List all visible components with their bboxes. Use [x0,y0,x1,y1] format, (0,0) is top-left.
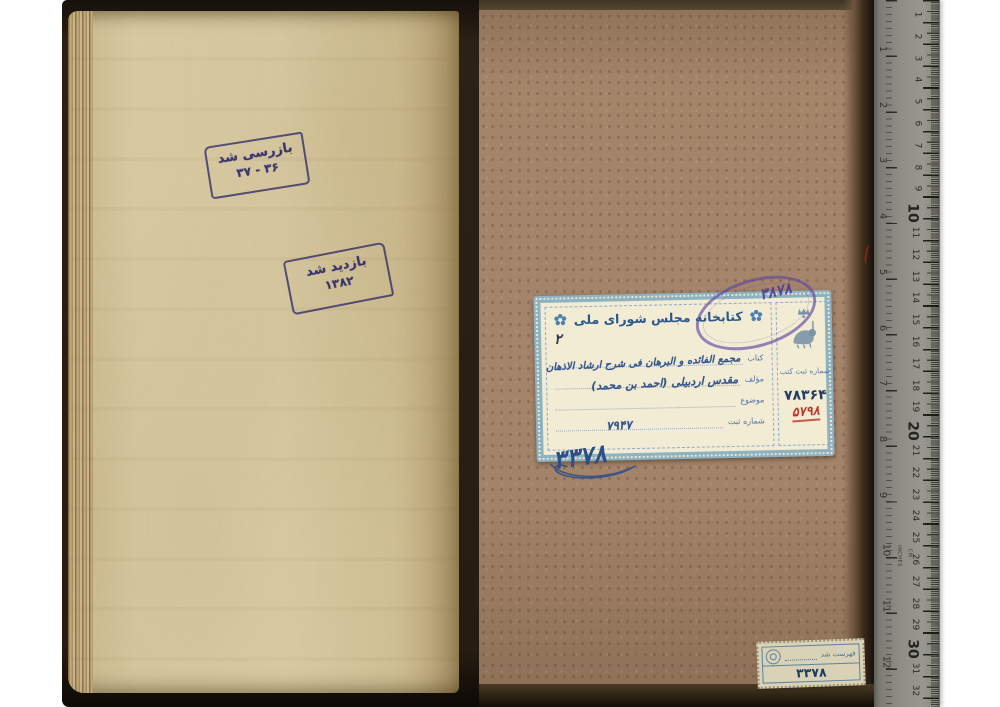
pen-flourish [545,458,641,484]
field-label-subject: موضوع [740,395,764,407]
rosette-icon [554,313,567,326]
field-row-registration: شماره ثبت ۷۹۴۷ [556,406,765,431]
ruler-cm-unit-label: CM [907,549,913,558]
cover-bottom-edge [479,684,875,707]
dotted-leader [785,650,817,661]
field-label-book: کتاب [747,353,763,364]
catalog-sticker-frame: فهرست شد ۳۳۷۸ [761,643,860,683]
field-label-registration: شماره ثبت [728,416,765,428]
catalog-sticker-text: فهرست شد [821,649,856,658]
ruler-inch-numbers: 123456789101112 [879,0,891,707]
catalog-sticker: فهرست شد ۳۳۷۸ [756,638,866,689]
catalog-sticker-number: ۳۳۷۸ [763,662,860,682]
left-endpaper-page [68,11,459,693]
cover-top-edge [479,0,875,10]
photo-open-manuscript-book: بازرسی شد ۳۷ - ۳۶ بازدید شد ۱۳۸۲ کتابخان… [0,0,1000,707]
round-seal-icon [765,649,781,665]
ruler-cm-ticks [923,0,939,707]
page-edges-stack [68,11,93,693]
ruler-inches-unit-label: INCHES [896,545,902,567]
red-handwritten-number: ۵۷۹۸ [791,403,820,422]
ruler-cm-numbers: 1234567891011121314151617181920212223242… [906,0,920,707]
metal-ruler: 1234567891011121314151617181920212223242… [874,0,940,707]
side-column-caption: شماره ثبت کتب [780,366,830,376]
field-label-author: مؤلف [745,374,764,385]
oval-stamp-number: ۳۸۷۸ [758,279,793,304]
handwritten-copy-number: ۲ [554,332,562,348]
printed-registration-number: ۷۸۳۶۴ [784,387,827,404]
cover-right-edge [843,0,875,707]
handwritten-registration-number: ۷۹۴۷ [606,418,632,433]
